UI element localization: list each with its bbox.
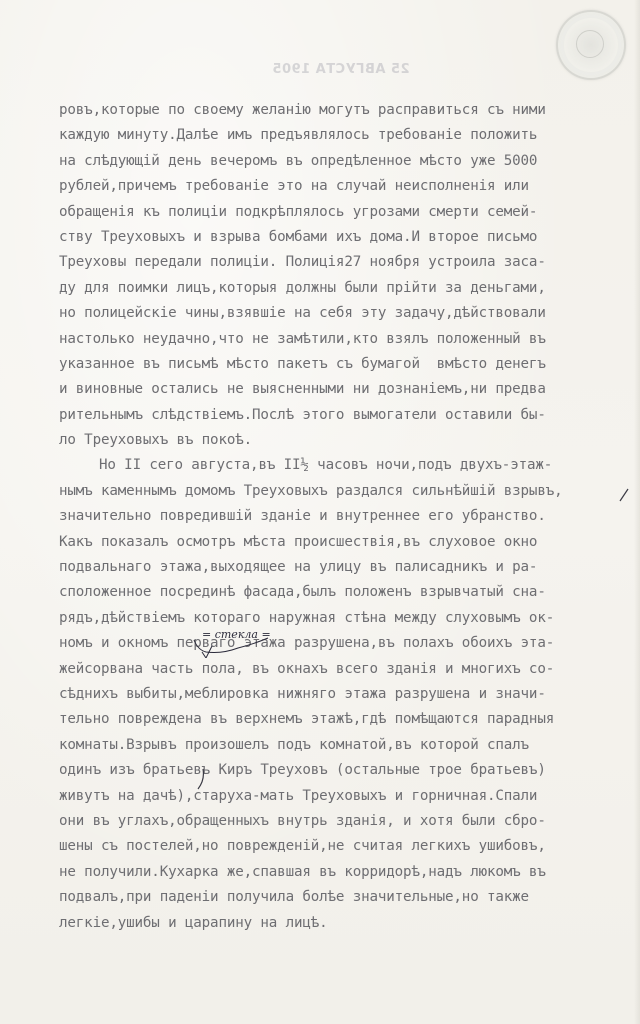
text-line: одинъ изъ братьевъ Киръ Треуховъ (осталь… (59, 758, 619, 783)
text-line: не получили.Кухарка же,спавшая въ коррид… (59, 860, 619, 885)
seal-emblem-icon (576, 30, 604, 58)
text-line: и виновные остались не выясненными ни до… (59, 377, 619, 402)
text-line: номъ и окномъ перваго этажа разрушена,въ… (59, 631, 619, 656)
text-line: сположенное посрединѣ фасада,былъ положе… (59, 580, 619, 605)
pencil-slash-mark-icon (618, 488, 630, 502)
text-line: живутъ на дачѣ),старуха-мать Треуховыхъ … (59, 784, 619, 809)
text-line: Какъ показалъ осмотръ мѣста происшествія… (59, 530, 619, 555)
text-line: подвальнаго этажа,выходящее на улицу въ … (59, 555, 619, 580)
text-line: жейсорвана часть пола, въ окнахъ всего з… (59, 657, 619, 682)
text-line: рядъ,дѣйствіемъ котораго наружная стѣна … (59, 606, 619, 631)
text-line: Но II сего августа,въ II½ часовъ ночи,по… (59, 453, 619, 478)
text-line: комнаты.Взрывъ произошелъ подъ комнатой,… (59, 733, 619, 758)
pencil-paren-mark-icon (197, 768, 205, 790)
text-line: рублей,причемъ требованіе это на случай … (59, 174, 619, 199)
date-stamp-bleedthrough: 25 АВГУСТА 1905 (272, 62, 410, 77)
text-line: рительнымъ слѣдствіемъ.Послѣ этого вымог… (59, 403, 619, 428)
text-line: значительно повредившій зданіе и внутрен… (59, 504, 619, 529)
text-line: настолько неудачно,что не замѣтили,кто в… (59, 327, 619, 352)
page-edge (634, 0, 640, 1024)
handwritten-insertion: = стекла = (202, 628, 271, 641)
text-line: ству Треуховыхъ и взрыва бомбами ихъ дом… (59, 225, 619, 250)
text-line: тельно повреждена въ верхнемъ этажѣ,гдѣ … (59, 707, 619, 732)
text-line: ло Треуховыхъ въ покоѣ. (59, 428, 619, 453)
document-page: 25 АВГУСТА 1905 ровъ,которые по своему ж… (0, 0, 640, 1024)
text-line: сѣднихъ выбиты,меблировка нижняго этажа … (59, 682, 619, 707)
text-line: они въ углахъ,обращенныхъ внутрь зданія,… (59, 809, 619, 834)
text-line: указанное въ письмѣ мѣсто пакетъ съ бума… (59, 352, 619, 377)
text-line: на слѣдующій день вечеромъ въ опредѣленн… (59, 149, 619, 174)
text-line: шены съ постелей,но поврежденій,не счита… (59, 834, 619, 859)
embossed-seal-icon (556, 10, 626, 80)
text-line: Треуховы передали полиціи. Полиція27 ноя… (59, 250, 619, 275)
text-line: легкіе,ушибы и царапину на лицѣ. (59, 911, 619, 936)
typewritten-body: ровъ,которые по своему желанію могутъ ра… (59, 98, 619, 936)
text-line: нымъ каменнымъ домомъ Треуховыхъ раздалс… (59, 479, 619, 504)
text-line: ровъ,которые по своему желанію могутъ ра… (59, 98, 619, 123)
text-line: но полицейскіе чины,взявшіе на себя эту … (59, 301, 619, 326)
text-line: ду для поимки лицъ,которыя должны были п… (59, 276, 619, 301)
text-line: обращенія къ полиціи подкрѣплялось угроз… (59, 200, 619, 225)
text-line: каждую минуту.Далѣе имъ предъявлялось тр… (59, 123, 619, 148)
text-line: подвалъ,при паденіи получила болѣе значи… (59, 885, 619, 910)
